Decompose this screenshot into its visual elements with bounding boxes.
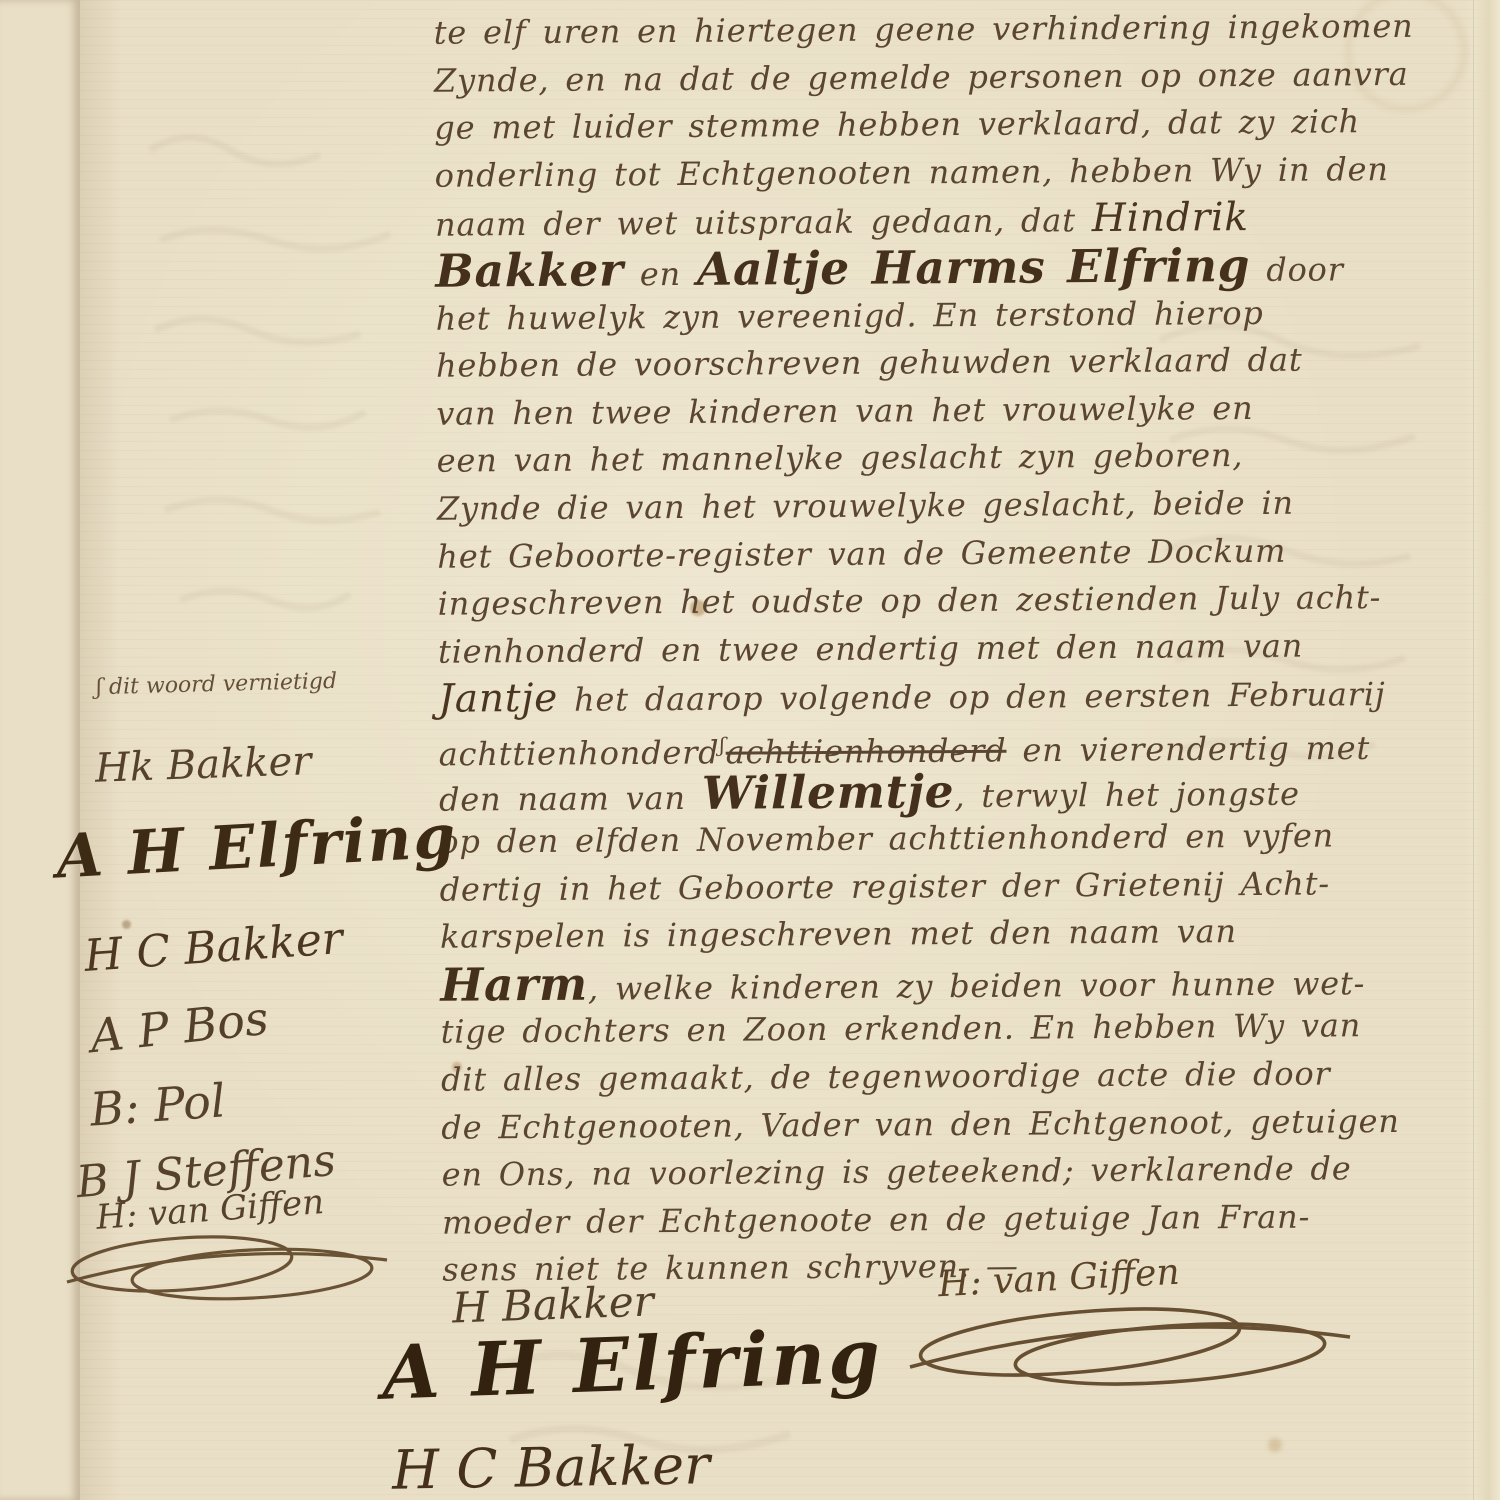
manuscript-line: Zynde, en na dat de gemelde personen op … [434,50,1494,105]
text-segment: , terwyl het jongste [954,774,1300,814]
text-segment: de Echtgenooten, Vader van den Echtgenoo… [441,1102,1400,1147]
manuscript-line: Bakker en Aaltje Harms Elfring door [435,240,1495,295]
signature-ah-elfring: A H Elfring [381,1313,885,1416]
signature-flourish [900,1292,1360,1412]
text-segment: hebben de voorschreven gehuwden verklaar… [436,341,1303,385]
text-segment: Zynde die van het vrouwelyke geslacht, b… [437,484,1294,528]
manuscript-line: den naam van Willemtje, terwyl het jongs… [439,764,1499,819]
text-segment: en Ons, na voorlezing is geteekend; verk… [442,1150,1352,1194]
text-segment: en [624,255,697,294]
text-segment: Willemtje [702,764,955,820]
manuscript-line: hebben de voorschreven gehuwden verklaar… [436,335,1496,390]
manuscript-line: ge met luider stemme hebben verklaard, d… [434,98,1494,153]
manuscript-text-block: te elf uren en hiertegen geene verhinder… [434,2,1500,1294]
text-segment: tige dochters en Zoon erkenden. En hebbe… [441,1007,1362,1051]
text-segment: op den elfden November achttienhonderd e… [439,817,1334,861]
text-segment: een van het mannelyke geslacht zyn gebor… [437,436,1244,480]
manuscript-line: de Echtgenooten, Vader van den Echtgenoo… [441,1097,1500,1152]
manuscript-line: Jantje het daarop volgende op den eerste… [438,669,1498,724]
manuscript-line: een van het mannelyke geslacht zyn gebor… [437,431,1497,486]
text-segment: naam der wet uitspraak gedaan, dat [435,202,1092,245]
signature-hc-bakker: H C Bakker [391,1433,710,1500]
text-segment: , welke kinderen zy beiden voor hunne we… [588,964,1366,1007]
margin-signature-b-pol: B: Pol [88,1073,227,1136]
manuscript-line: het huwelyk zyn vereenigd. En terstond h… [436,288,1496,343]
manuscript-line: en Ons, na voorlezing is geteekend; verk… [442,1145,1500,1200]
manuscript-line: Zynde die van het vrouwelyke geslacht, b… [437,478,1497,533]
text-segment: karspelen is ingeschreven met den naam v… [440,912,1237,956]
margin-signature-hk-bakker: Hk Bakker [94,738,312,792]
text-segment: Jantje [438,676,558,722]
manuscript-line: tige dochters en Zoon erkenden. En hebbe… [441,1002,1500,1057]
text-segment: moeder der Echtgenoote en de getuige Jan… [442,1197,1310,1241]
text-segment: het daarop volgende op den eersten Febru… [558,675,1386,719]
text-segment: achttienhonderd [439,733,720,773]
manuscript-line: Harm, welke kinderen zy beiden voor hunn… [440,954,1500,1009]
manuscript-line: onderling tot Echtgenooten namen, hebben… [435,145,1495,200]
text-segment: Zynde, en na dat de gemelde personen op … [434,55,1409,100]
text-segment: ingeschreven het oudste op den zestiende… [438,578,1382,623]
manuscript-line: te elf uren en hiertegen geene verhinder… [434,2,1494,57]
text-segment: dit alles gemaakt, de tegenwoordige acte… [441,1055,1331,1099]
text-segment: Harm [440,957,588,1012]
manuscript-line: karspelen is ingeschreven met den naam v… [440,907,1500,962]
text-segment: Bakker [435,242,624,297]
manuscript-line: dertig in het Geboorte register der Grie… [440,859,1500,914]
signature-flourish [62,1222,392,1317]
manuscript-line: moeder der Echtgenoote en de getuige Jan… [442,1192,1500,1247]
text-segment: tienhonderd en twee endertig met den naa… [438,626,1303,670]
text-segment: het Geboorte-register van de Gemeente Do… [437,531,1286,575]
text-segment: onderling tot Echtgenooten namen, hebben… [435,150,1389,195]
manuscript-line: dit alles gemaakt, de tegenwoordige acte… [441,1049,1500,1104]
manuscript-line: op den elfden November achttienhonderd e… [439,811,1499,866]
text-segment: ge met luider stemme hebben verklaard, d… [434,102,1360,146]
text-segment: door [1250,250,1344,289]
text-segment: den naam van [439,778,702,818]
text-segment: Hindrik [1092,195,1249,241]
manuscript-line: ingeschreven het oudste op den zestiende… [438,573,1498,628]
manuscript-line: het Geboorte-register van de Gemeente Do… [437,526,1497,581]
manuscript-line: tienhonderd en twee endertig met den naa… [438,621,1498,676]
manuscript-line: van hen twee kinderen van het vrouwelyke… [436,383,1496,438]
text-segment: Aaltje Harms Elfring [697,238,1251,296]
text-segment: van hen twee kinderen van het vrouwelyke… [436,389,1253,433]
manuscript-line: achttienhonderdʃachttienhonderd en viere… [439,716,1499,771]
text-segment: het huwelyk zyn vereenigd. En terstond h… [436,293,1264,337]
text-segment: te elf uren en hiertegen geene verhinder… [434,7,1414,52]
manuscript-page-scan: te elf uren en hiertegen geene verhinder… [0,0,1500,1500]
text-segment: dertig in het Geboorte register der Grie… [440,864,1331,908]
text-segment: en vierendertig met [1006,729,1370,770]
